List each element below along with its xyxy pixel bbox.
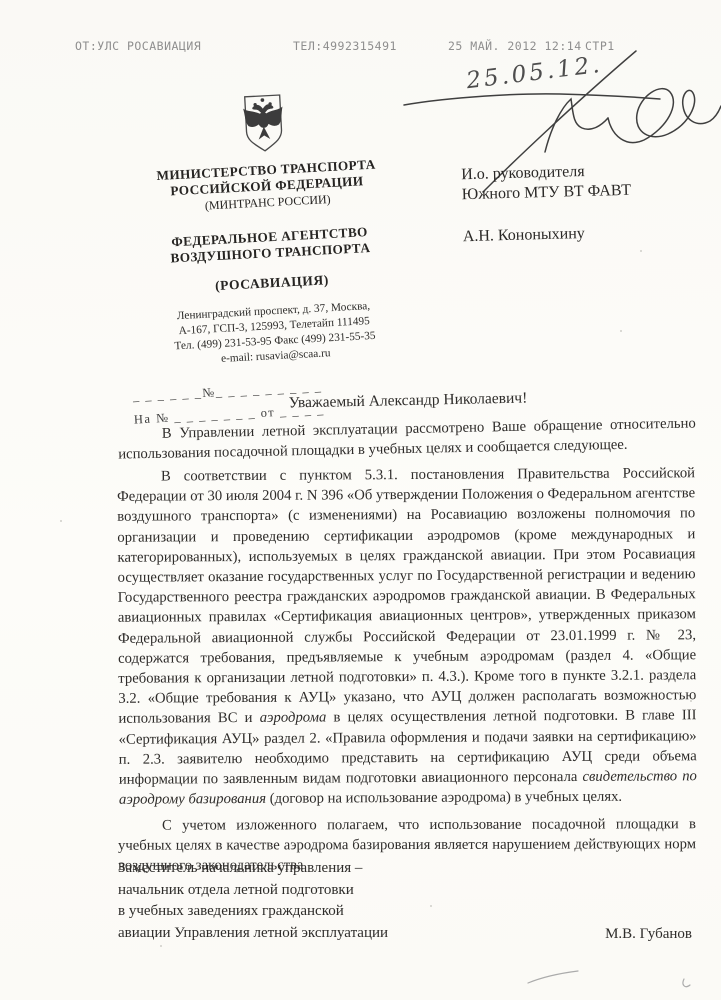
agency-address: Ленинградский проспект, д. 37, Москва, А… xyxy=(106,296,443,373)
signer-position-line3: в учебных заведениях гражданской xyxy=(118,901,696,923)
fax-sender: ОТ:УЛС РОСАВИАЦИЯ xyxy=(75,39,201,53)
scan-speck xyxy=(430,905,432,907)
body-paragraph-2: В соответствии с пунктом 5.3.1. постанов… xyxy=(117,464,697,811)
scan-speck xyxy=(160,945,162,947)
scan-speck xyxy=(620,330,622,332)
scanned-fax-letter: ОТ:УЛС РОСАВИАЦИЯ ТЕЛ:4992315491 25 МАЙ.… xyxy=(0,0,721,1000)
coat-of-arms-icon xyxy=(237,91,290,156)
fax-phone: ТЕЛ:4992315491 xyxy=(293,39,397,53)
fax-header: ОТ:УЛС РОСАВИАЦИЯ ТЕЛ:4992315491 25 МАЙ.… xyxy=(0,39,721,55)
scan-pen-marks xyxy=(528,971,690,987)
letterhead: МИНИСТЕРСТВО ТРАНСПОРТА РОССИЙСКОЙ ФЕДЕР… xyxy=(95,84,446,433)
letter-body: В Управлении летной эксплуатации рассмот… xyxy=(118,419,696,881)
agency-short-name: (РОСАВИАЦИЯ) xyxy=(105,267,439,300)
scan-speck xyxy=(60,520,62,522)
paragraph2-text: (договор на использование аэродрома) в у… xyxy=(266,789,622,807)
paragraph2-text: В соответствии с пунктом 5.3.1. постанов… xyxy=(117,466,696,728)
signer-name: М.В. Губанов xyxy=(605,924,692,946)
signature-block: Заместитель начальника управления – нача… xyxy=(118,858,696,944)
paragraph2-italic-term: аэродрома xyxy=(260,710,327,726)
signer-position-line2: начальник отдела летной подготовки xyxy=(118,880,696,902)
handwritten-date: 25.05.12. xyxy=(465,52,604,94)
body-paragraph-1: В Управлении летной эксплуатации рассмот… xyxy=(118,413,697,464)
scan-speck xyxy=(690,700,692,702)
addressee-block: И.о. руководителя Южного МТУ ВТ ФАВТ А.Н… xyxy=(461,161,632,247)
addressee-name: А.Н. Кононыхину xyxy=(463,223,633,247)
addressee-title-line2: Южного МТУ ВТ ФАВТ xyxy=(461,180,631,204)
signer-position-line1: Заместитель начальника управления – xyxy=(118,858,696,880)
fax-datetime: 25 МАЙ. 2012 12:14 xyxy=(448,39,582,53)
scan-speck xyxy=(640,250,642,252)
